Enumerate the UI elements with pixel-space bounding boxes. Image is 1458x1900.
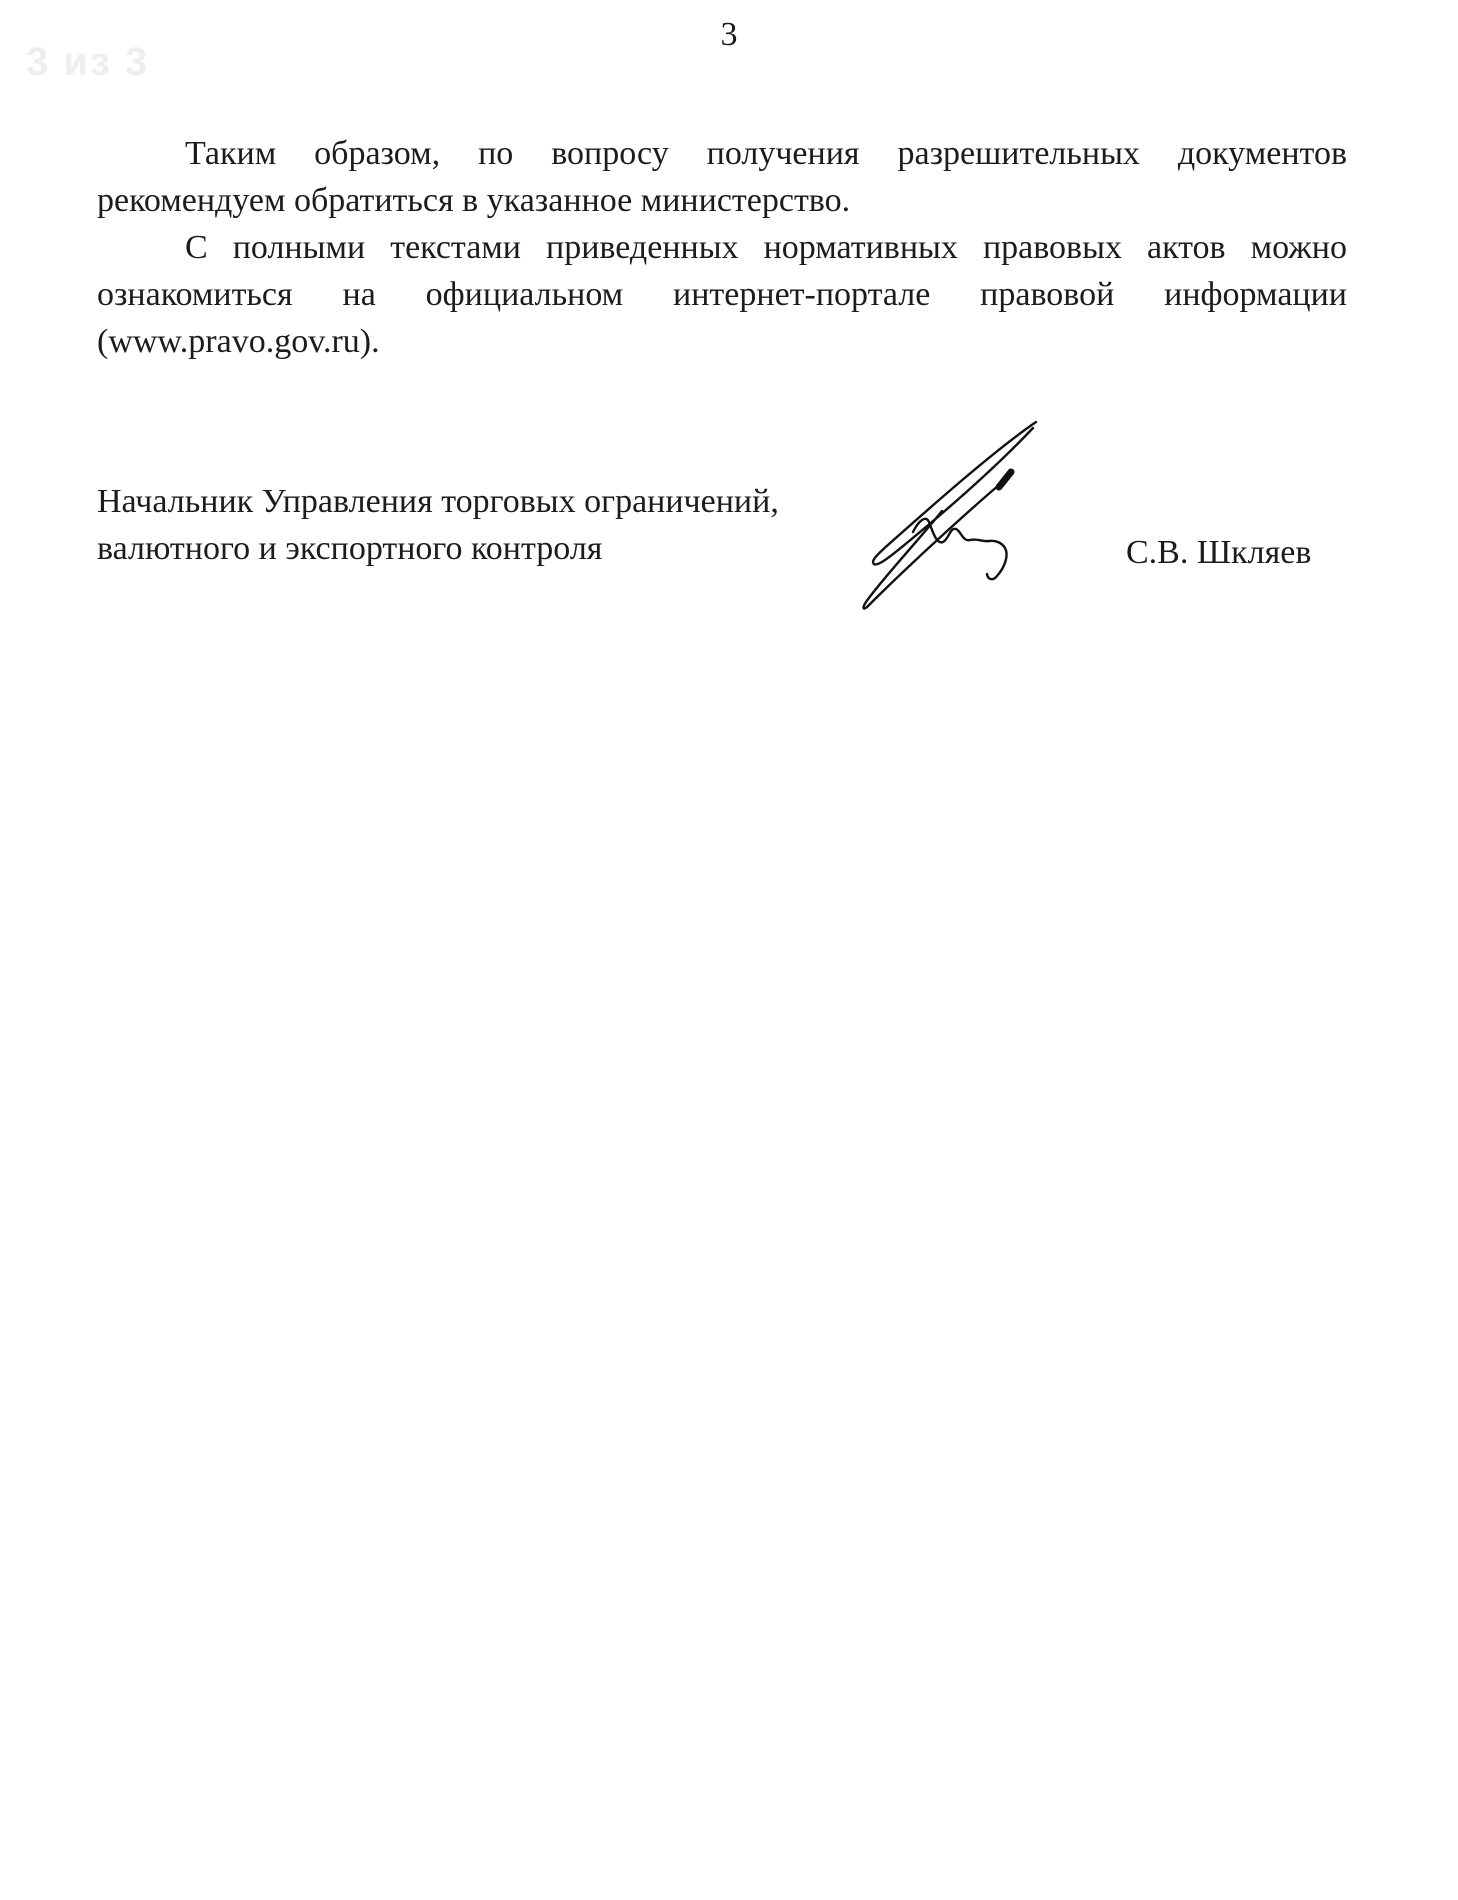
paragraph2-line3: (www.pravo.gov.ru). (97, 318, 1347, 365)
signer-name: С.В. Шкляев (1126, 529, 1311, 576)
letter-body: Таким образом, по вопросу получения разр… (97, 130, 1347, 365)
signer-title: Начальник Управления торговых ограничени… (97, 478, 779, 572)
paragraph1-line2: рекомендуем обратиться в указанное минис… (97, 177, 1347, 224)
paragraph1-line1: Таким образом, по вопросу получения разр… (97, 130, 1347, 177)
handwritten-signature-icon (845, 408, 1045, 618)
page-number: 3 (0, 15, 1458, 55)
signer-title-line2: валютного и экспортного контроля (97, 525, 779, 572)
paragraph2-line1: С полными текстами приведенных нормативн… (97, 224, 1347, 271)
signer-title-line1: Начальник Управления торговых ограничени… (97, 478, 779, 525)
paragraph2-line2: ознакомиться на официальном интернет-пор… (97, 271, 1347, 318)
document-page: 3 из 3 3 Таким образом, по вопросу получ… (0, 0, 1458, 1900)
